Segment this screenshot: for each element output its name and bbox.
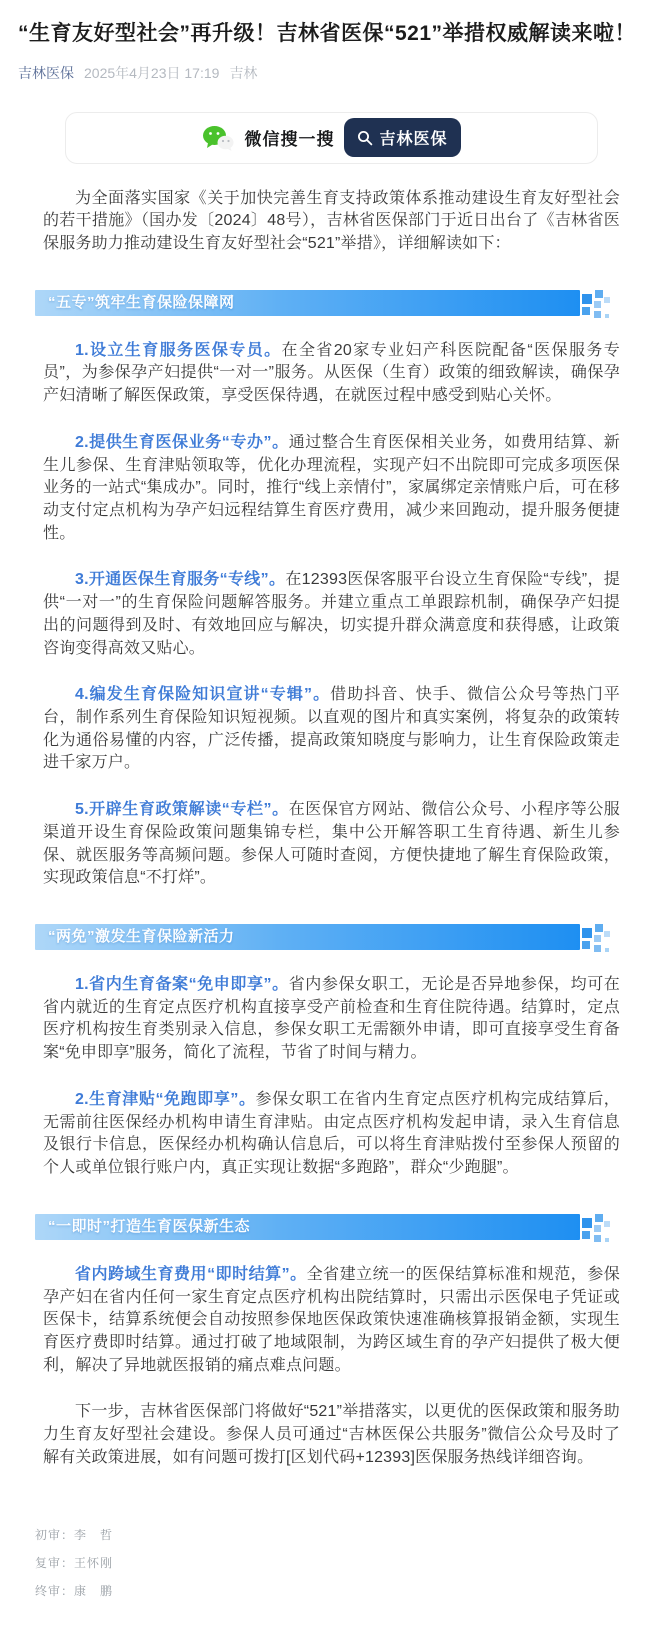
item-lead: 5.开辟生育政策解读“专栏”。	[75, 801, 289, 818]
section-heading-text: “两免”激发生育保险新活力	[35, 924, 580, 950]
item-lead: 省内跨域生育费用“即时结算”。	[75, 1266, 307, 1283]
article-item: 4.编发生育保险知识宣讲“专辑”。借助抖音、快手、微信公众号等热门平台，制作系列…	[43, 684, 620, 775]
intro-paragraph: 为全面落实国家《关于加快完善生育支持政策体系推动建设生育友好型社会的若干措施》（…	[43, 188, 620, 256]
section-items: 1.设立生育服务医保专员。在全省20家专业妇产科医院配备“医保服务专员”，为参保…	[18, 340, 645, 890]
item-lead: 3.开通医保生育服务“专线”。	[75, 571, 285, 588]
reviewer-line: 复审：王怀刚	[35, 1554, 645, 1573]
article-section: “五专”筑牢生育保险保障网 1.设立生育服务医保专员。在全省20家专业妇产科医院…	[18, 290, 645, 890]
item-lead: 2.提供生育医保业务“专办”。	[75, 434, 289, 451]
item-lead: 1.省内生育备案“免申即享”。	[75, 976, 289, 993]
wechat-search-label: 微信搜一搜	[244, 125, 334, 150]
pixel-mosaic-icon	[578, 287, 624, 321]
article-item: 2.提供生育医保业务“专办”。通过整合生育医保相关业务，如费用结算、新生儿参保、…	[43, 432, 620, 546]
section-heading-bar: “一即时”打造生育医保新生态	[35, 1214, 580, 1240]
account-name-link[interactable]: 吉林医保	[18, 63, 74, 83]
search-query-text: 吉林医保	[379, 126, 447, 149]
item-lead: 1.设立生育服务医保专员。	[75, 342, 282, 359]
section-heading-bar: “两免”激发生育保险新活力	[35, 924, 580, 950]
article-section: “两免”激发生育保险新活力 1.省内生育备案“免申即享”。省内参保女职工，无论是…	[18, 924, 645, 1180]
footer-reviewers: 初审：李 哲 复审：王怀刚 终审：康 鹏	[35, 1526, 645, 1602]
section-heading-text: “一即时”打造生育医保新生态	[35, 1214, 580, 1240]
publish-location: 吉林	[229, 63, 257, 83]
section-heading-text: “五专”筑牢生育保险保障网	[35, 290, 580, 316]
article-item: 1.省内生育备案“免申即享”。省内参保女职工，无论是否异地参保，均可在省内就近的…	[43, 974, 620, 1065]
item-lead: 4.编发生育保险知识宣讲“专辑”。	[75, 686, 330, 703]
section-items: 1.省内生育备案“免申即享”。省内参保女职工，无论是否异地参保，均可在省内就近的…	[18, 974, 645, 1180]
search-query-button[interactable]: 吉林医保	[344, 118, 460, 157]
pixel-mosaic-icon	[578, 1211, 624, 1245]
section-items: 省内跨域生育费用“即时结算”。全省建立统一的医保结算标准和规范，参保孕产妇在省内…	[18, 1264, 645, 1378]
wechat-icon	[202, 125, 234, 151]
wechat-search-banner: 微信搜一搜 吉林医保	[65, 112, 598, 164]
article-section: “一即时”打造生育医保新生态 省内跨域生育费用“即时结算”。全省建立统一的医保结…	[18, 1214, 645, 1378]
article-page: “生育友好型社会”再升级！吉林省医保“521”举措权威解读来啦！ 吉林医保 20…	[0, 0, 663, 1631]
article-item: 2.生育津贴“免跑即享”。参保女职工在省内生育定点医疗机构完成结算后，无需前往医…	[43, 1089, 620, 1180]
section-heading-bar: “五专”筑牢生育保险保障网	[35, 290, 580, 316]
reviewer-line: 初审：李 哲	[35, 1526, 645, 1545]
magnifier-icon	[357, 130, 373, 146]
article-item: 1.设立生育服务医保专员。在全省20家专业妇产科医院配备“医保服务专员”，为参保…	[43, 340, 620, 408]
article-item: 3.开通医保生育服务“专线”。在12393医保客服平台设立生育保险“专线”，提供…	[43, 569, 620, 660]
page-title: “生育友好型社会”再升级！吉林省医保“521”举措权威解读来啦！	[18, 18, 645, 50]
article-item: 5.开辟生育政策解读“专栏”。在医保官方网站、微信公众号、小程序等公服渠道开设生…	[43, 799, 620, 890]
pixel-mosaic-icon	[578, 921, 624, 955]
closing-paragraph: 下一步，吉林省医保部门将做好“521”举措落实，以更优的医保政策和服务助力生育友…	[43, 1401, 620, 1469]
reviewer-line: 终审：康 鹏	[35, 1582, 645, 1601]
article-item: 省内跨域生育费用“即时结算”。全省建立统一的医保结算标准和规范，参保孕产妇在省内…	[43, 1264, 620, 1378]
sections: “五专”筑牢生育保险保障网 1.设立生育服务医保专员。在全省20家专业妇产科医院…	[18, 290, 645, 1378]
item-lead: 2.生育津贴“免跑即享”。	[75, 1091, 256, 1108]
publish-date: 2025年4月23日 17:19	[84, 63, 219, 83]
byline: 吉林医保 2025年4月23日 17:19 吉林	[18, 63, 645, 83]
